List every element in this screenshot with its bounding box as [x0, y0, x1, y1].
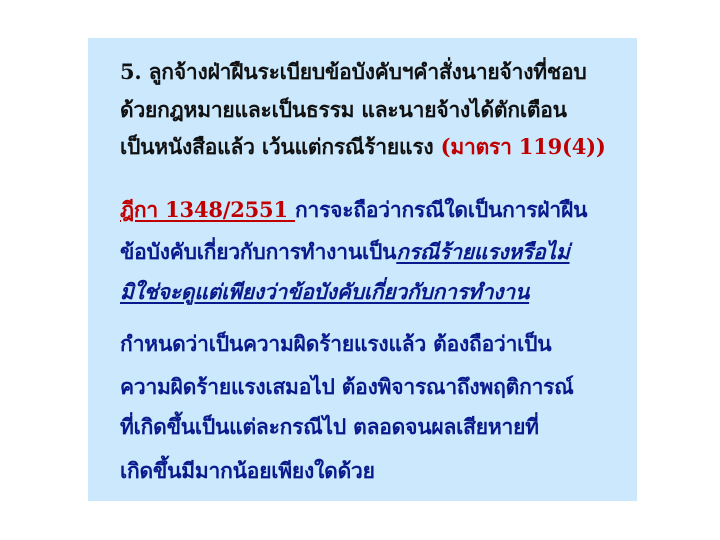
paragraph2-line2-text: ข้อบังคับเกี่ยวกับการทำงานเป็น — [120, 239, 396, 264]
paragraph1-line3-text: เป็นหนังสือแล้ว เว้นแต่กรณีร้ายแรง — [120, 134, 441, 159]
paragraph1-line2: ด้วยกฎหมายและเป็นธรรม และนายจ้างได้ตักเต… — [120, 96, 567, 124]
law-section-citation: (มาตรา 119(4)) — [441, 134, 606, 159]
paragraph2-line3: มิใช่จะดูแต่เพียงว่าข้อบังคับเกี่ยวกับกา… — [120, 278, 529, 306]
paragraph2-line4: กำหนดว่าเป็นความผิดร้ายแรงแล้ว ต้องถือว่… — [120, 330, 551, 358]
paragraph2-line7: เกิดขึ้นมีมากน้อยเพียงใดด้วย — [120, 457, 375, 485]
paragraph2-line2: ข้อบังคับเกี่ยวกับการทำงานเป็นกรณีร้ายแร… — [120, 238, 570, 266]
paragraph2-emphasis-1: กรณีร้ายแรงหรือไม่ — [396, 239, 569, 264]
paragraph2-line1-text: การจะถือว่ากรณีใดเป็นการฝ่าฝืน — [295, 197, 587, 222]
paragraph1-line3: เป็นหนังสือแล้ว เว้นแต่กรณีร้ายแรง (มาตร… — [120, 133, 606, 161]
slide-content-panel: 5. ลูกจ้างฝ่าฝืนระเบียบข้อบังคับฯคำสั่งน… — [88, 38, 637, 501]
paragraph2-line6: ที่เกิดขึ้นเป็นแต่ละกรณีไป ตลอดจนผลเสียห… — [120, 413, 539, 441]
paragraph2-line5: ความผิดร้ายแรงเสมอไป ต้องพิจารณาถึงพฤติก… — [120, 373, 574, 401]
paragraph2-line1: ฎีกา 1348/2551 การจะถือว่ากรณีใดเป็นการฝ… — [120, 196, 587, 224]
paragraph1-line1: 5. ลูกจ้างฝ่าฝืนระเบียบข้อบังคับฯคำสั่งน… — [120, 58, 587, 86]
supreme-court-case-ref: ฎีกา 1348/2551 — [120, 197, 295, 222]
